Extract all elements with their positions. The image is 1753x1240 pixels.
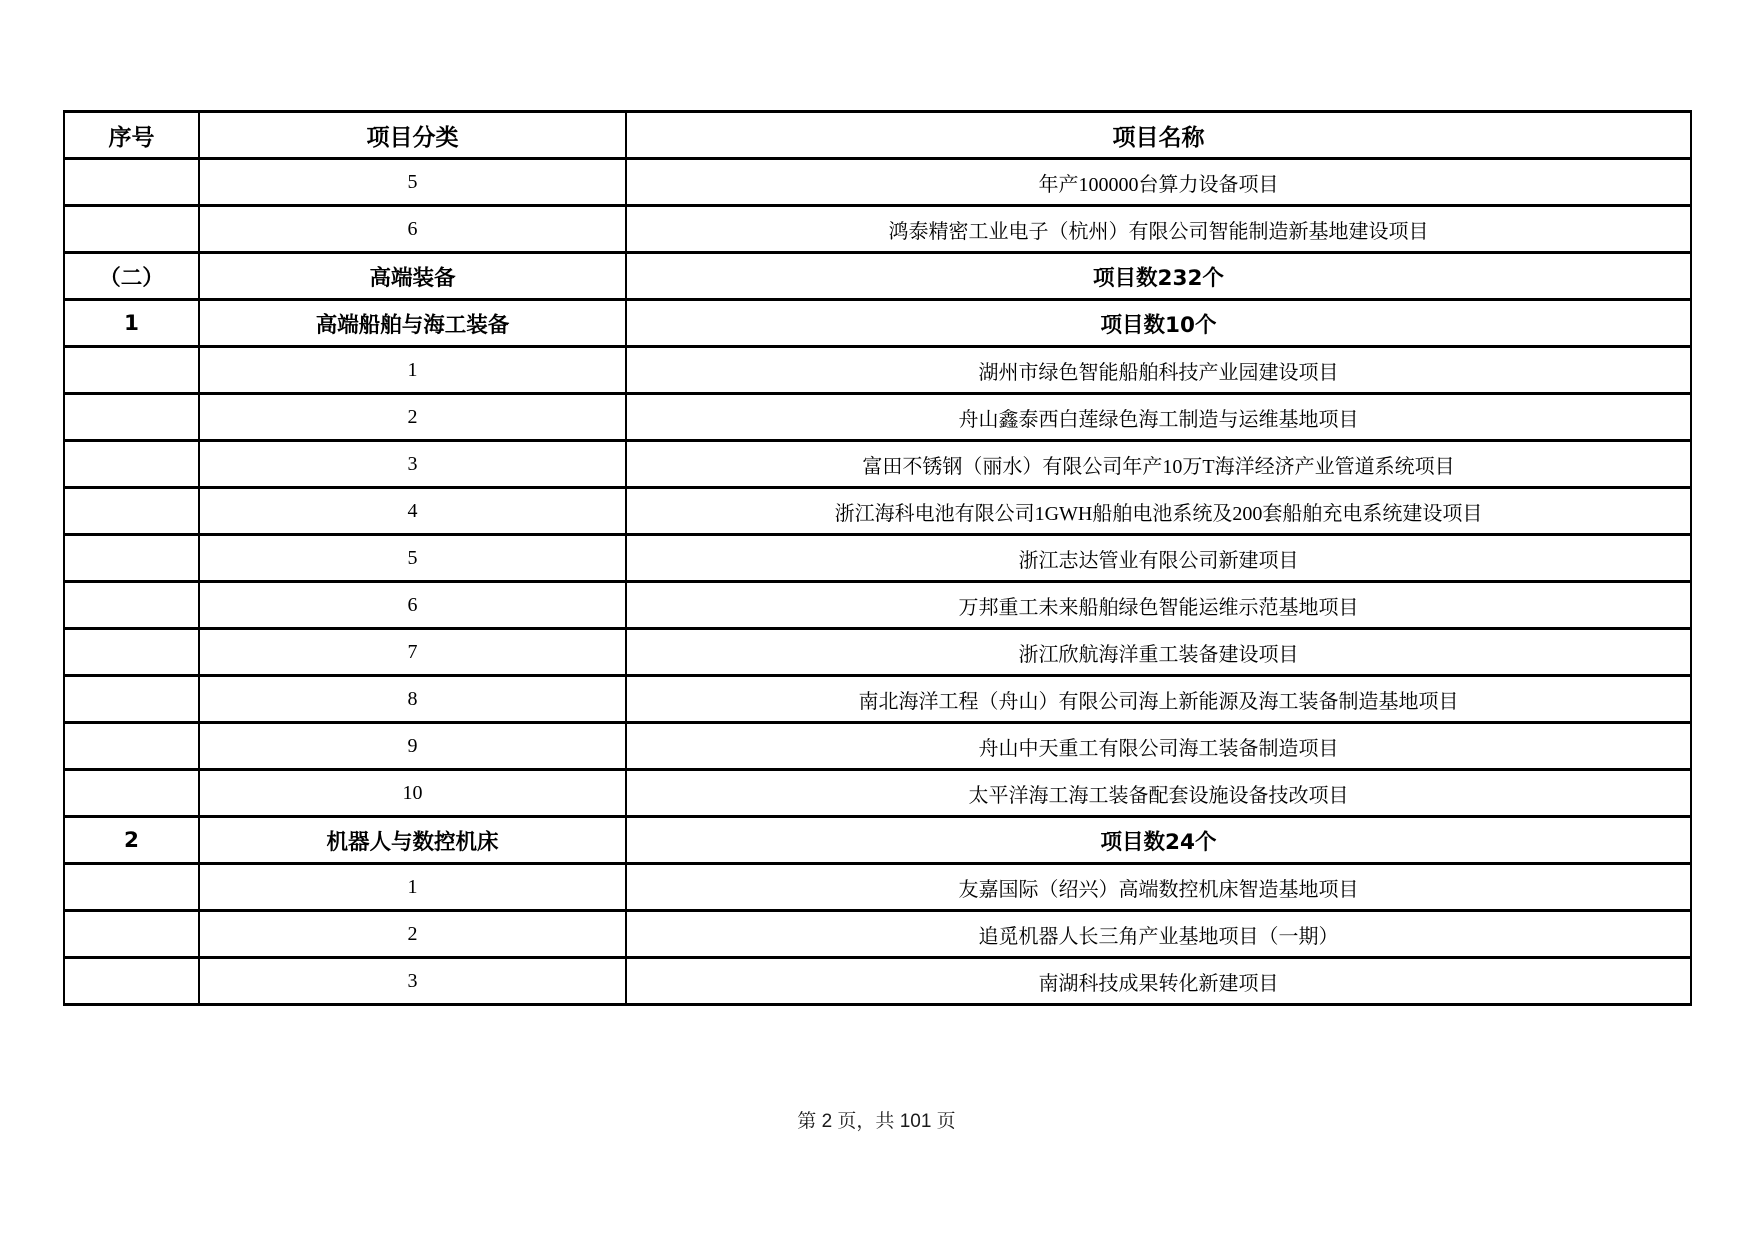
table-row: 2 追觅机器人长三角产业基地项目（一期） xyxy=(64,911,1691,958)
page-number-footer: 第 2 页，共 101 页 xyxy=(0,1106,1753,1133)
cell-name: 太平洋海工海工装备配套设施设备技改项目 xyxy=(626,770,1691,817)
cell-no xyxy=(64,911,199,958)
cell-name: 项目数232个 xyxy=(626,253,1691,300)
cell-no xyxy=(64,206,199,253)
cell-category: 6 xyxy=(199,206,626,253)
cell-category: 2 xyxy=(199,911,626,958)
projects-table: 序号 项目分类 项目名称 5 年产100000台算力设备项目 6 鸿泰精密工业电… xyxy=(63,110,1692,1006)
cell-name: 浙江海科电池有限公司1GWH船舶电池系统及200套船舶充电系统建设项目 xyxy=(626,488,1691,535)
cell-category: 高端装备 xyxy=(199,253,626,300)
cell-category: 5 xyxy=(199,159,626,206)
cell-name: 友嘉国际（绍兴）高端数控机床智造基地项目 xyxy=(626,864,1691,911)
cell-category: 9 xyxy=(199,723,626,770)
cell-category: 5 xyxy=(199,535,626,582)
table-row: 1 湖州市绿色智能船舶科技产业园建设项目 xyxy=(64,347,1691,394)
table-row: 6 万邦重工未来船舶绿色智能运维示范基地项目 xyxy=(64,582,1691,629)
table-row: 6 鸿泰精密工业电子（杭州）有限公司智能制造新基地建设项目 xyxy=(64,206,1691,253)
table-row: 1 友嘉国际（绍兴）高端数控机床智造基地项目 xyxy=(64,864,1691,911)
cell-name: 年产100000台算力设备项目 xyxy=(626,159,1691,206)
table-row: 4 浙江海科电池有限公司1GWH船舶电池系统及200套船舶充电系统建设项目 xyxy=(64,488,1691,535)
cell-no: （二） xyxy=(64,253,199,300)
cell-no xyxy=(64,582,199,629)
section-row: （二） 高端装备 项目数232个 xyxy=(64,253,1691,300)
table-row: 2 舟山鑫泰西白莲绿色海工制造与运维基地项目 xyxy=(64,394,1691,441)
cell-category: 10 xyxy=(199,770,626,817)
cell-category: 1 xyxy=(199,864,626,911)
cell-name: 鸿泰精密工业电子（杭州）有限公司智能制造新基地建设项目 xyxy=(626,206,1691,253)
cell-category: 2 xyxy=(199,394,626,441)
cell-name: 湖州市绿色智能船舶科技产业园建设项目 xyxy=(626,347,1691,394)
cell-name: 项目数24个 xyxy=(626,817,1691,864)
cell-no xyxy=(64,394,199,441)
cell-name: 浙江志达管业有限公司新建项目 xyxy=(626,535,1691,582)
cell-name: 万邦重工未来船舶绿色智能运维示范基地项目 xyxy=(626,582,1691,629)
cell-category: 8 xyxy=(199,676,626,723)
cell-name: 南湖科技成果转化新建项目 xyxy=(626,958,1691,1005)
document-page: { "table": { "columns": { "no": "序号", "c… xyxy=(0,0,1753,1240)
table-row: 9 舟山中天重工有限公司海工装备制造项目 xyxy=(64,723,1691,770)
col-header-no: 序号 xyxy=(64,112,199,159)
cell-no xyxy=(64,676,199,723)
cell-category: 4 xyxy=(199,488,626,535)
cell-name: 南北海洋工程（舟山）有限公司海上新能源及海工装备制造基地项目 xyxy=(626,676,1691,723)
cell-category: 3 xyxy=(199,958,626,1005)
cell-no xyxy=(64,958,199,1005)
cell-no xyxy=(64,159,199,206)
cell-name: 浙江欣航海洋重工装备建设项目 xyxy=(626,629,1691,676)
table-row: 3 南湖科技成果转化新建项目 xyxy=(64,958,1691,1005)
table-row: 3 富田不锈钢（丽水）有限公司年产10万T海洋经济产业管道系统项目 xyxy=(64,441,1691,488)
table-row: 5 浙江志达管业有限公司新建项目 xyxy=(64,535,1691,582)
cell-name: 项目数10个 xyxy=(626,300,1691,347)
cell-category: 7 xyxy=(199,629,626,676)
table-row: 5 年产100000台算力设备项目 xyxy=(64,159,1691,206)
cell-no xyxy=(64,864,199,911)
table-row: 8 南北海洋工程（舟山）有限公司海上新能源及海工装备制造基地项目 xyxy=(64,676,1691,723)
cell-name: 舟山鑫泰西白莲绿色海工制造与运维基地项目 xyxy=(626,394,1691,441)
table-header-row: 序号 项目分类 项目名称 xyxy=(64,112,1691,159)
section-row: 2 机器人与数控机床 项目数24个 xyxy=(64,817,1691,864)
cell-category: 机器人与数控机床 xyxy=(199,817,626,864)
cell-no xyxy=(64,629,199,676)
table-row: 7 浙江欣航海洋重工装备建设项目 xyxy=(64,629,1691,676)
cell-name: 舟山中天重工有限公司海工装备制造项目 xyxy=(626,723,1691,770)
cell-category: 高端船舶与海工装备 xyxy=(199,300,626,347)
col-header-name: 项目名称 xyxy=(626,112,1691,159)
cell-no xyxy=(64,723,199,770)
cell-no xyxy=(64,347,199,394)
cell-category: 3 xyxy=(199,441,626,488)
cell-name: 富田不锈钢（丽水）有限公司年产10万T海洋经济产业管道系统项目 xyxy=(626,441,1691,488)
cell-category: 6 xyxy=(199,582,626,629)
cell-category: 1 xyxy=(199,347,626,394)
cell-no: 1 xyxy=(64,300,199,347)
section-row: 1 高端船舶与海工装备 项目数10个 xyxy=(64,300,1691,347)
cell-no xyxy=(64,488,199,535)
table-row: 10 太平洋海工海工装备配套设施设备技改项目 xyxy=(64,770,1691,817)
cell-name: 追觅机器人长三角产业基地项目（一期） xyxy=(626,911,1691,958)
cell-no xyxy=(64,770,199,817)
cell-no xyxy=(64,535,199,582)
cell-no: 2 xyxy=(64,817,199,864)
cell-no xyxy=(64,441,199,488)
col-header-category: 项目分类 xyxy=(199,112,626,159)
